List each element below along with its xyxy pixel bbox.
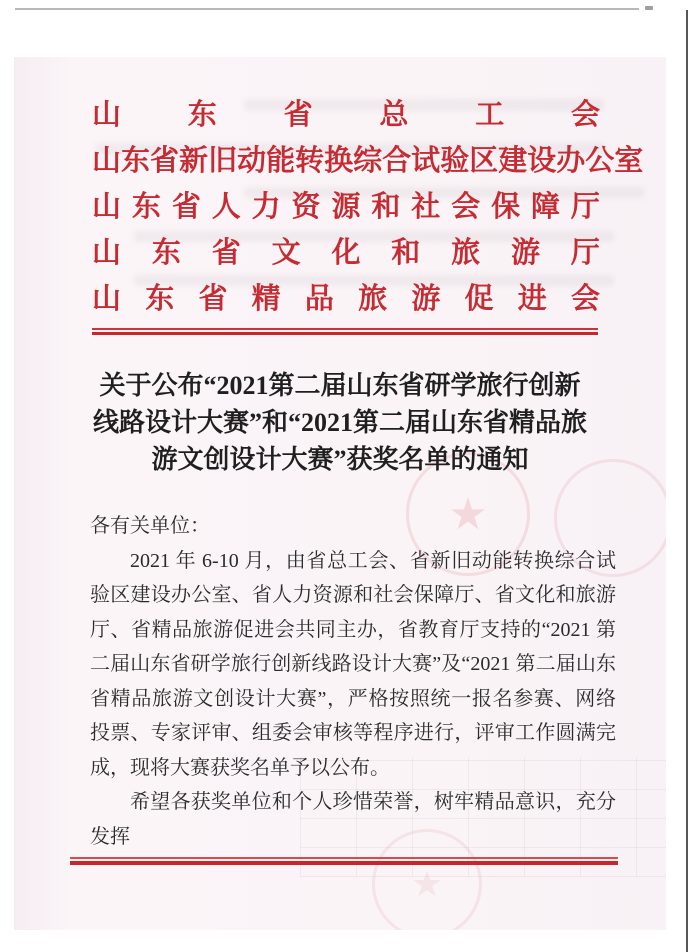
scanned-document-screenshot: ★ ★ 山东省总工会 山东省新旧动能转换综合试验区建设办公室 山东省人力资源和社…: [0, 0, 693, 952]
title-line-3: 游文创设计大赛”获奖名单的通知: [50, 441, 630, 478]
scan-top-edge-line: [15, 8, 639, 10]
letterhead-line-3: 山东省人力资源和社会保障厅: [92, 181, 600, 227]
scan-artifact-dot: [645, 6, 653, 10]
rule-upper-line: [92, 328, 598, 330]
letterhead-line-4: 山东省文化和旅游厅: [92, 227, 600, 273]
letterhead-line-2: 山东省新旧动能转换综合试验区建设办公室: [92, 135, 600, 181]
document-title: 关于公布“2021第二届山东省研学旅行创新 线路设计大赛”和“2021第二届山东…: [50, 367, 630, 478]
rule-lower-line: [70, 861, 618, 865]
letterhead-line-5: 山东省精品旅游促进会: [92, 273, 600, 319]
letterhead: 山东省总工会 山东省新旧动能转换综合试验区建设办公室 山东省人力资源和社会保障厅…: [92, 89, 600, 319]
scan-right-edge-line: [686, 10, 688, 952]
page-bottom-rule: [70, 857, 618, 865]
body-paragraph-1: 2021 年 6-10 月，由省总工会、省新旧动能转换综合试验区建设办公室、省人…: [90, 544, 616, 786]
document-body: 各有关单位： 2021 年 6-10 月，由省总工会、省新旧动能转换综合试验区建…: [90, 509, 616, 854]
document-page: ★ ★ 山东省总工会 山东省新旧动能转换综合试验区建设办公室 山东省人力资源和社…: [14, 57, 666, 930]
body-paragraph-2: 希望各获奖单位和个人珍惜荣誉，树牢精品意识，充分发挥: [90, 785, 616, 854]
letterhead-separator-rule: [92, 328, 598, 335]
salutation: 各有关单位：: [90, 509, 616, 544]
rule-lower-line: [92, 332, 598, 335]
star-icon: ★: [411, 863, 443, 905]
letterhead-line-1: 山东省总工会: [92, 89, 600, 135]
rule-upper-line: [70, 857, 618, 859]
title-line-2: 线路设计大赛”和“2021第二届山东省精品旅: [50, 404, 630, 441]
title-line-1: 关于公布“2021第二届山东省研学旅行创新: [50, 367, 630, 404]
